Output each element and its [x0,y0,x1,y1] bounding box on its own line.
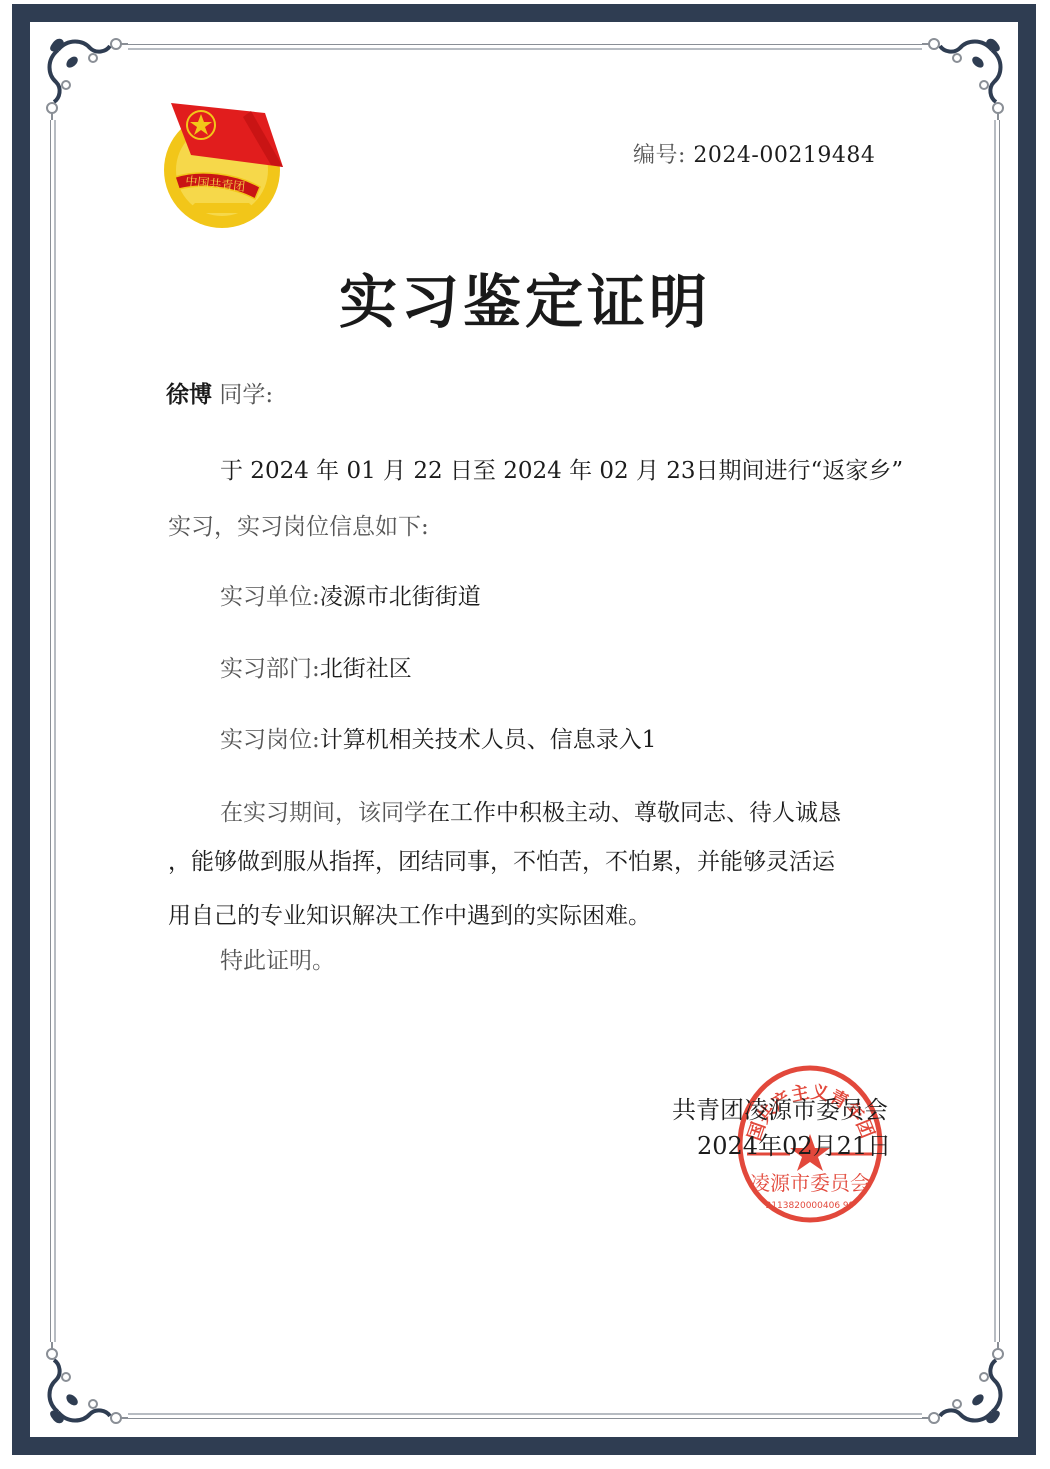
evaluation-line-3: 用自己的专业知识解决工作中遇到的实际困难。 [168,897,651,930]
youth-league-emblem-icon: 中国共青团 [155,95,290,230]
closing-text: 特此证明。 [220,942,335,975]
evaluation-muted: 在实习期间，该同学 [220,800,427,826]
issue-date: 2024年02月21日 [697,1126,891,1161]
svg-text:2113820000406 99: 2113820000406 99 [766,1201,855,1211]
field-work-unit: 实习单位:凌源市北街街道 [220,578,481,611]
evaluation-rest: 在工作中积极主动、尊敬同志、待人诚恳 [427,800,841,826]
evaluation-line-2: ，能够做到服从指挥，团结同事，不怕苦，不怕累，并能够灵活运 [168,843,835,876]
certificate-title: 实习鉴定证明 [0,255,1050,339]
issuer-name: 共青团凌源市委员会 [672,1090,888,1125]
corner-ornament-icon [38,1342,128,1432]
corner-ornament-icon [38,30,128,120]
field-position: 实习岗位:计算机相关技术人员、信息录入1 [220,721,656,754]
serial-value: 2024-00219484 [693,143,875,168]
field-label: 实习部门: [220,656,320,682]
field-label: 实习单位: [220,584,320,610]
recipient-salutation: 同学: [219,382,273,408]
field-value: 计算机相关技术人员、信息录入1 [320,727,657,753]
intro-line-2: 实习，实习岗位信息如下: [168,508,429,541]
field-value: 北街社区 [320,656,412,682]
corner-ornament-icon [922,1342,1012,1432]
evaluation-line-1: 在实习期间，该同学在工作中积极主动、尊敬同志、待人诚恳 [220,794,841,827]
field-value: 凌源市北街街道 [320,584,481,610]
recipient-name: 徐博 [166,381,212,408]
corner-ornament-icon [922,30,1012,120]
svg-text:凌源市委员会: 凌源市委员会 [750,1171,870,1195]
field-department: 实习部门:北街社区 [220,650,412,683]
recipient-line: 徐博 同学: [166,376,273,409]
field-label: 实习岗位: [220,727,320,753]
serial-number: 编号: 2024-00219484 [633,138,875,169]
serial-label: 编号: [633,143,686,168]
intro-line-1: 于 2024 年 01 月 22 日至 2024 年 02 月 23日期间进行“… [220,452,903,485]
